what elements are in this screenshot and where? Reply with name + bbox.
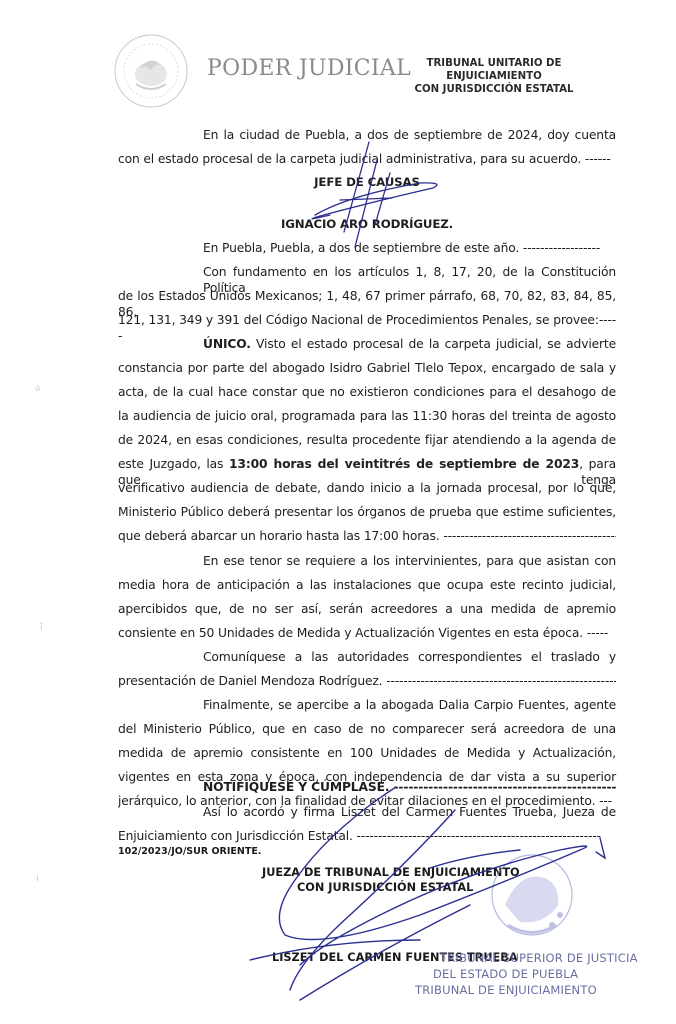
tenor-line-4: consiente en 50 Unidades de Medida y Act… xyxy=(118,625,616,641)
court-line-2: CON JURISDICCIÓN ESTATAL xyxy=(384,83,604,96)
intro-line-2: con el estado procesal de la carpeta jud… xyxy=(118,151,616,167)
signer-title: JEFE DE CAUSAS xyxy=(118,174,616,190)
unico-line-1-text: Visto el estado procesal de la carpeta j… xyxy=(251,337,616,351)
acordo-line-2: Enjuiciamiento con Jurisdicción Estatal.… xyxy=(118,828,616,844)
comuniquese-line-1: Comuníquese a las autoridades correspond… xyxy=(203,649,616,665)
judge-title-line-2: CON JURISDICCIÓN ESTATAL xyxy=(297,881,473,894)
notifiquese-line: NOTIFÍQUESE Y CÚMPLASE. ----------------… xyxy=(203,779,616,795)
unico-line-1: ÚNICO. Visto el estado procesal de la ca… xyxy=(203,336,616,352)
hearing-datetime: 13:00 horas del veintitrés de septiembre… xyxy=(229,457,579,471)
unico-line-8: Ministerio Público deberá presentar los … xyxy=(118,504,616,520)
tenor-line-1: En ese tenor se requiere a los intervini… xyxy=(203,553,616,569)
finalmente-line-1: Finalmente, se apercibe a la abogada Dal… xyxy=(203,697,616,713)
acordo-line-1: Así lo acordó y firma Liszet del Carmen … xyxy=(203,804,616,820)
signer-name: IGNACIO ARO RODRÍGUEZ. xyxy=(118,216,616,232)
judge-title-line-1: JUEZA DE TRIBUNAL DE ENJUICIAMIENTO xyxy=(262,866,520,879)
coat-of-arms-seal-icon xyxy=(112,32,190,110)
court-line-1: TRIBUNAL UNITARIO DE ENJUICIAMIENTO xyxy=(384,57,604,83)
stamp-line-2: DEL ESTADO DE PUEBLA xyxy=(433,967,578,981)
scan-mark: ა xyxy=(35,383,40,394)
scan-mark: ĩ xyxy=(40,622,43,633)
unico-line-7: verificativo audiencia de debate, dando … xyxy=(118,480,616,496)
unico-line-3: acta, de la cual hace constar que no exi… xyxy=(118,384,616,400)
document-page: PODER JUDICIAL TRIBUNAL UNITARIO DE ENJU… xyxy=(0,0,676,1024)
stamp-line-3: TRIBUNAL DE ENJUICIAMIENTO xyxy=(415,983,597,997)
finalmente-line-2: del Ministerio Público, que en caso de n… xyxy=(118,721,616,737)
scan-mark: ı xyxy=(36,873,39,884)
case-number: 102/2023/JO/SUR ORIENTE. xyxy=(118,846,261,857)
header-court-name: TRIBUNAL UNITARIO DE ENJUICIAMIENTO CON … xyxy=(384,57,604,96)
hearing-pre: este Juzgado, las xyxy=(118,457,229,471)
unico-line-5: de 2024, en esas condiciones, resulta pr… xyxy=(118,432,616,448)
tenor-line-2: media hora de anticipación a las instala… xyxy=(118,577,616,593)
finalmente-line-3: medida de apremio consistente en 100 Uni… xyxy=(118,745,616,761)
intro-line-1: En la ciudad de Puebla, a dos de septiem… xyxy=(203,127,616,143)
unico-line-9: que deberá abarcar un horario hasta las … xyxy=(118,528,616,544)
comuniquese-line-2: presentación de Daniel Mendoza Rodríguez… xyxy=(118,673,616,689)
stamp-line-1: TRIBUNAL SUPERIOR DE JUSTICIA xyxy=(440,951,638,965)
header-title: PODER JUDICIAL xyxy=(207,56,411,81)
unico-line-2: constancia por parte del abogado Isidro … xyxy=(118,360,616,376)
date-line: En Puebla, Puebla, a dos de septiembre d… xyxy=(203,240,616,256)
unico-label: ÚNICO. xyxy=(203,337,251,351)
tenor-line-3: apercibidos que, de no ser así, serán ac… xyxy=(118,601,616,617)
unico-line-4: la audiencia de juicio oral, programada … xyxy=(118,408,616,424)
